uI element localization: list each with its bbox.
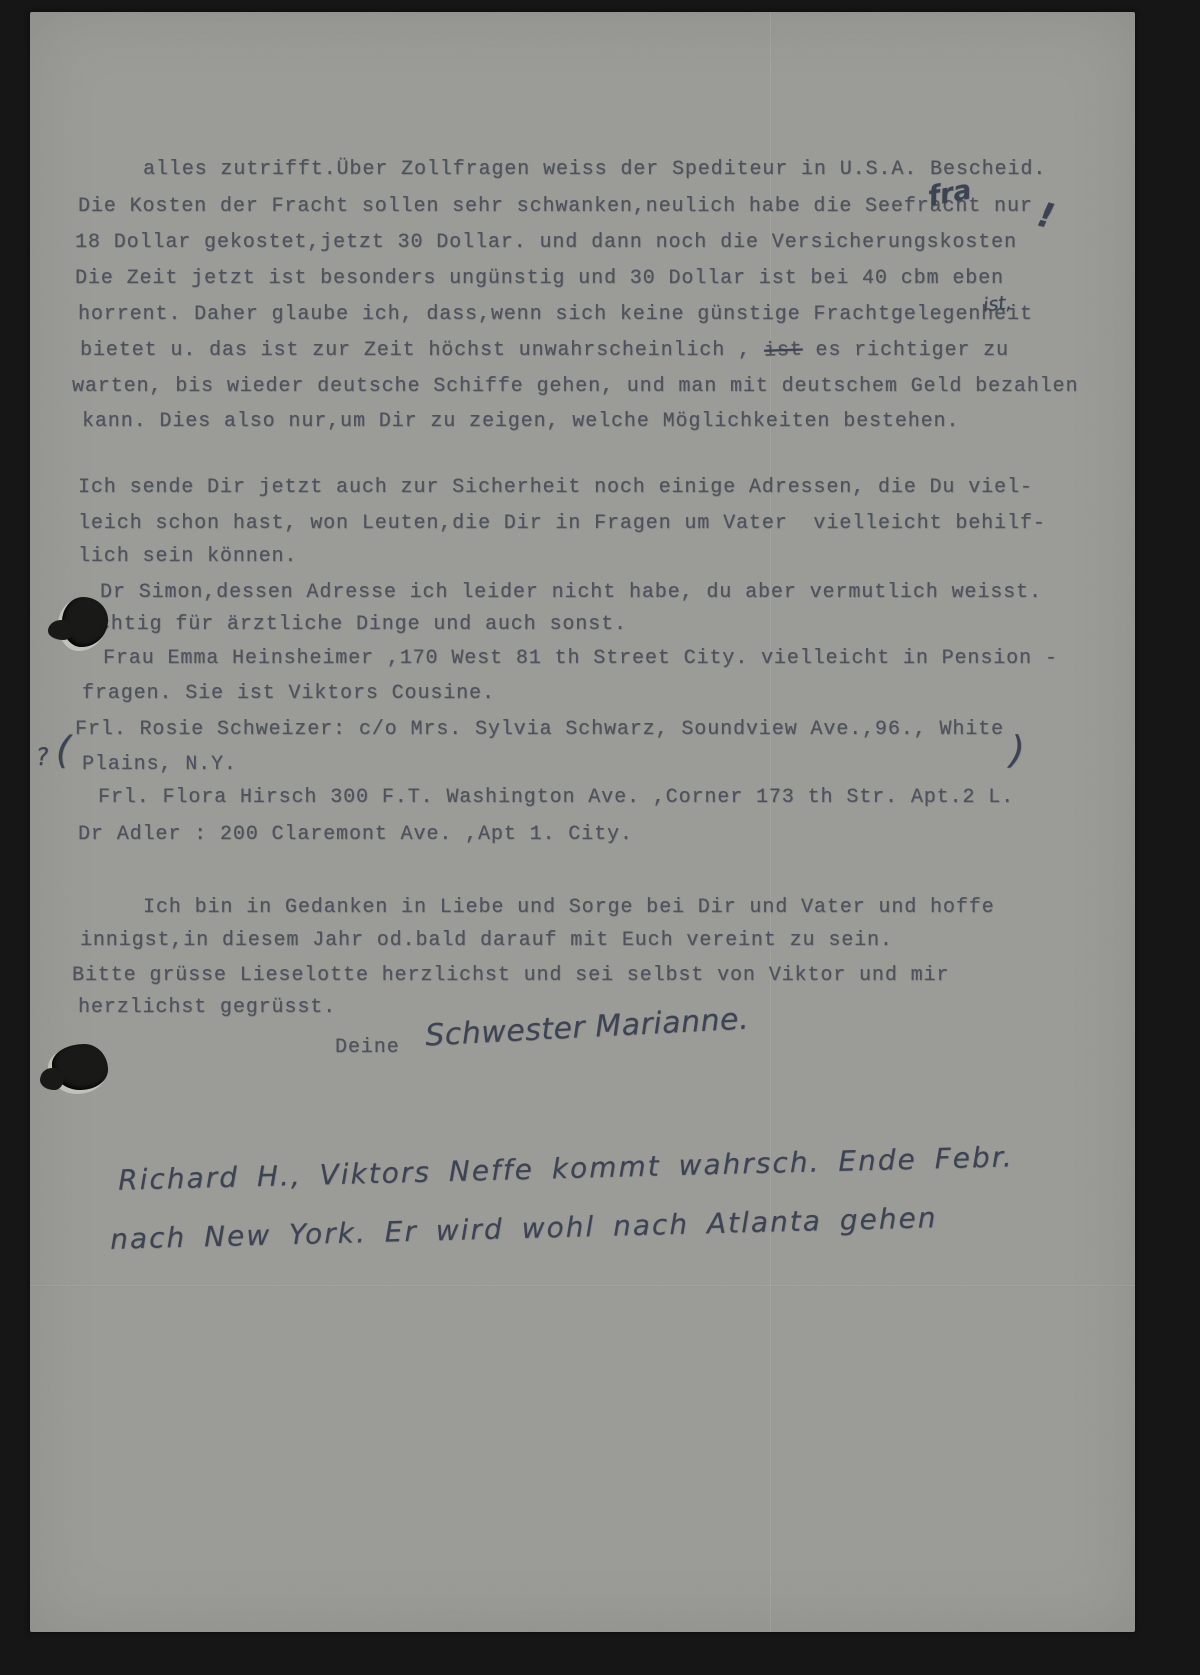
hole-punch-tear xyxy=(48,620,74,640)
typed-line: Die Kosten der Fracht sollen sehr schwan… xyxy=(78,195,1033,219)
typed-line: innigst,in diesem Jahr od.bald darauf mi… xyxy=(80,929,893,953)
typed-line-with-strikeout: bietet u. das ist zur Zeit höchst unwahr… xyxy=(80,339,1009,363)
typed-text: es richtiger zu xyxy=(803,339,1009,362)
typed-line: Frau Emma Heinsheimer ,170 West 81 th St… xyxy=(103,647,1058,671)
typed-line: Frl. Flora Hirsch 300 F.T. Washington Av… xyxy=(98,786,1014,810)
handwritten-postscript-line: nach New York. Er wird wohl nach Atlanta… xyxy=(110,1201,938,1256)
handwritten-open-paren: ( xyxy=(55,728,71,772)
typed-line: Frl. Rosie Schweizer: c/o Mrs. Sylvia Sc… xyxy=(75,718,1004,742)
handwritten-inserted-word: ist, xyxy=(982,292,1013,317)
typed-line: Dr Simon,dessen Adresse ich leider nicht… xyxy=(100,581,1042,605)
typed-line: alles zutrifft.Über Zollfragen weiss der… xyxy=(143,158,1046,182)
handwritten-signature: Schwester Marianne. xyxy=(424,1002,749,1054)
typed-line: lich sein können. xyxy=(78,545,297,569)
typed-line: Die Zeit jetzt ist besonders ungünstig u… xyxy=(75,267,1004,291)
hole-punch-tear xyxy=(40,1068,64,1090)
typed-line: Plains, N.Y. xyxy=(82,753,237,777)
typed-line: leich schon hast, won Leuten,die Dir in … xyxy=(78,512,1046,536)
handwritten-exclamation-mark: ! xyxy=(1033,195,1058,238)
horizontal-fold-crease xyxy=(30,1285,1135,1287)
handwritten-postscript-line: Richard H., Viktors Neffe kommt wahrsch.… xyxy=(118,1140,1014,1196)
typed-line: herzlichst gegrüsst. xyxy=(78,996,336,1020)
typed-closing-word: Deine xyxy=(335,1036,400,1060)
typed-line: fragen. Sie ist Viktors Cousine. xyxy=(82,682,495,706)
paper-texture xyxy=(30,12,1135,1632)
typed-line: 18 Dollar gekostet,jetzt 30 Dollar. und … xyxy=(75,231,1017,255)
struck-word: ist xyxy=(763,338,803,363)
typed-line: ichtig für ärztliche Dinge und auch sons… xyxy=(85,613,627,637)
typed-line: warten, bis wieder deutsche Schiffe gehe… xyxy=(72,375,1078,399)
typed-line: Bitte grüsse Lieselotte herzlichst und s… xyxy=(72,964,949,988)
typed-line: Dr Adler : 200 Claremont Ave. ,Apt 1. Ci… xyxy=(78,823,633,847)
vertical-fold-crease xyxy=(770,12,772,1632)
handwritten-close-paren: ) xyxy=(1009,728,1025,772)
typed-line: Ich sende Dir jetzt auch zur Sicherheit … xyxy=(78,476,1033,500)
typed-line: Ich bin in Gedanken in Liebe und Sorge b… xyxy=(143,896,995,920)
typed-line: horrent. Daher glaube ich, dass,wenn sic… xyxy=(78,303,1033,327)
handwritten-question-mark: ? xyxy=(35,743,50,772)
letter-page: alles zutrifft.Über Zollfragen weiss der… xyxy=(30,12,1135,1632)
typed-line: kann. Dies also nur,um Dir zu zeigen, we… xyxy=(82,410,959,434)
typed-text: bietet u. das ist zur Zeit höchst unwahr… xyxy=(80,339,764,362)
